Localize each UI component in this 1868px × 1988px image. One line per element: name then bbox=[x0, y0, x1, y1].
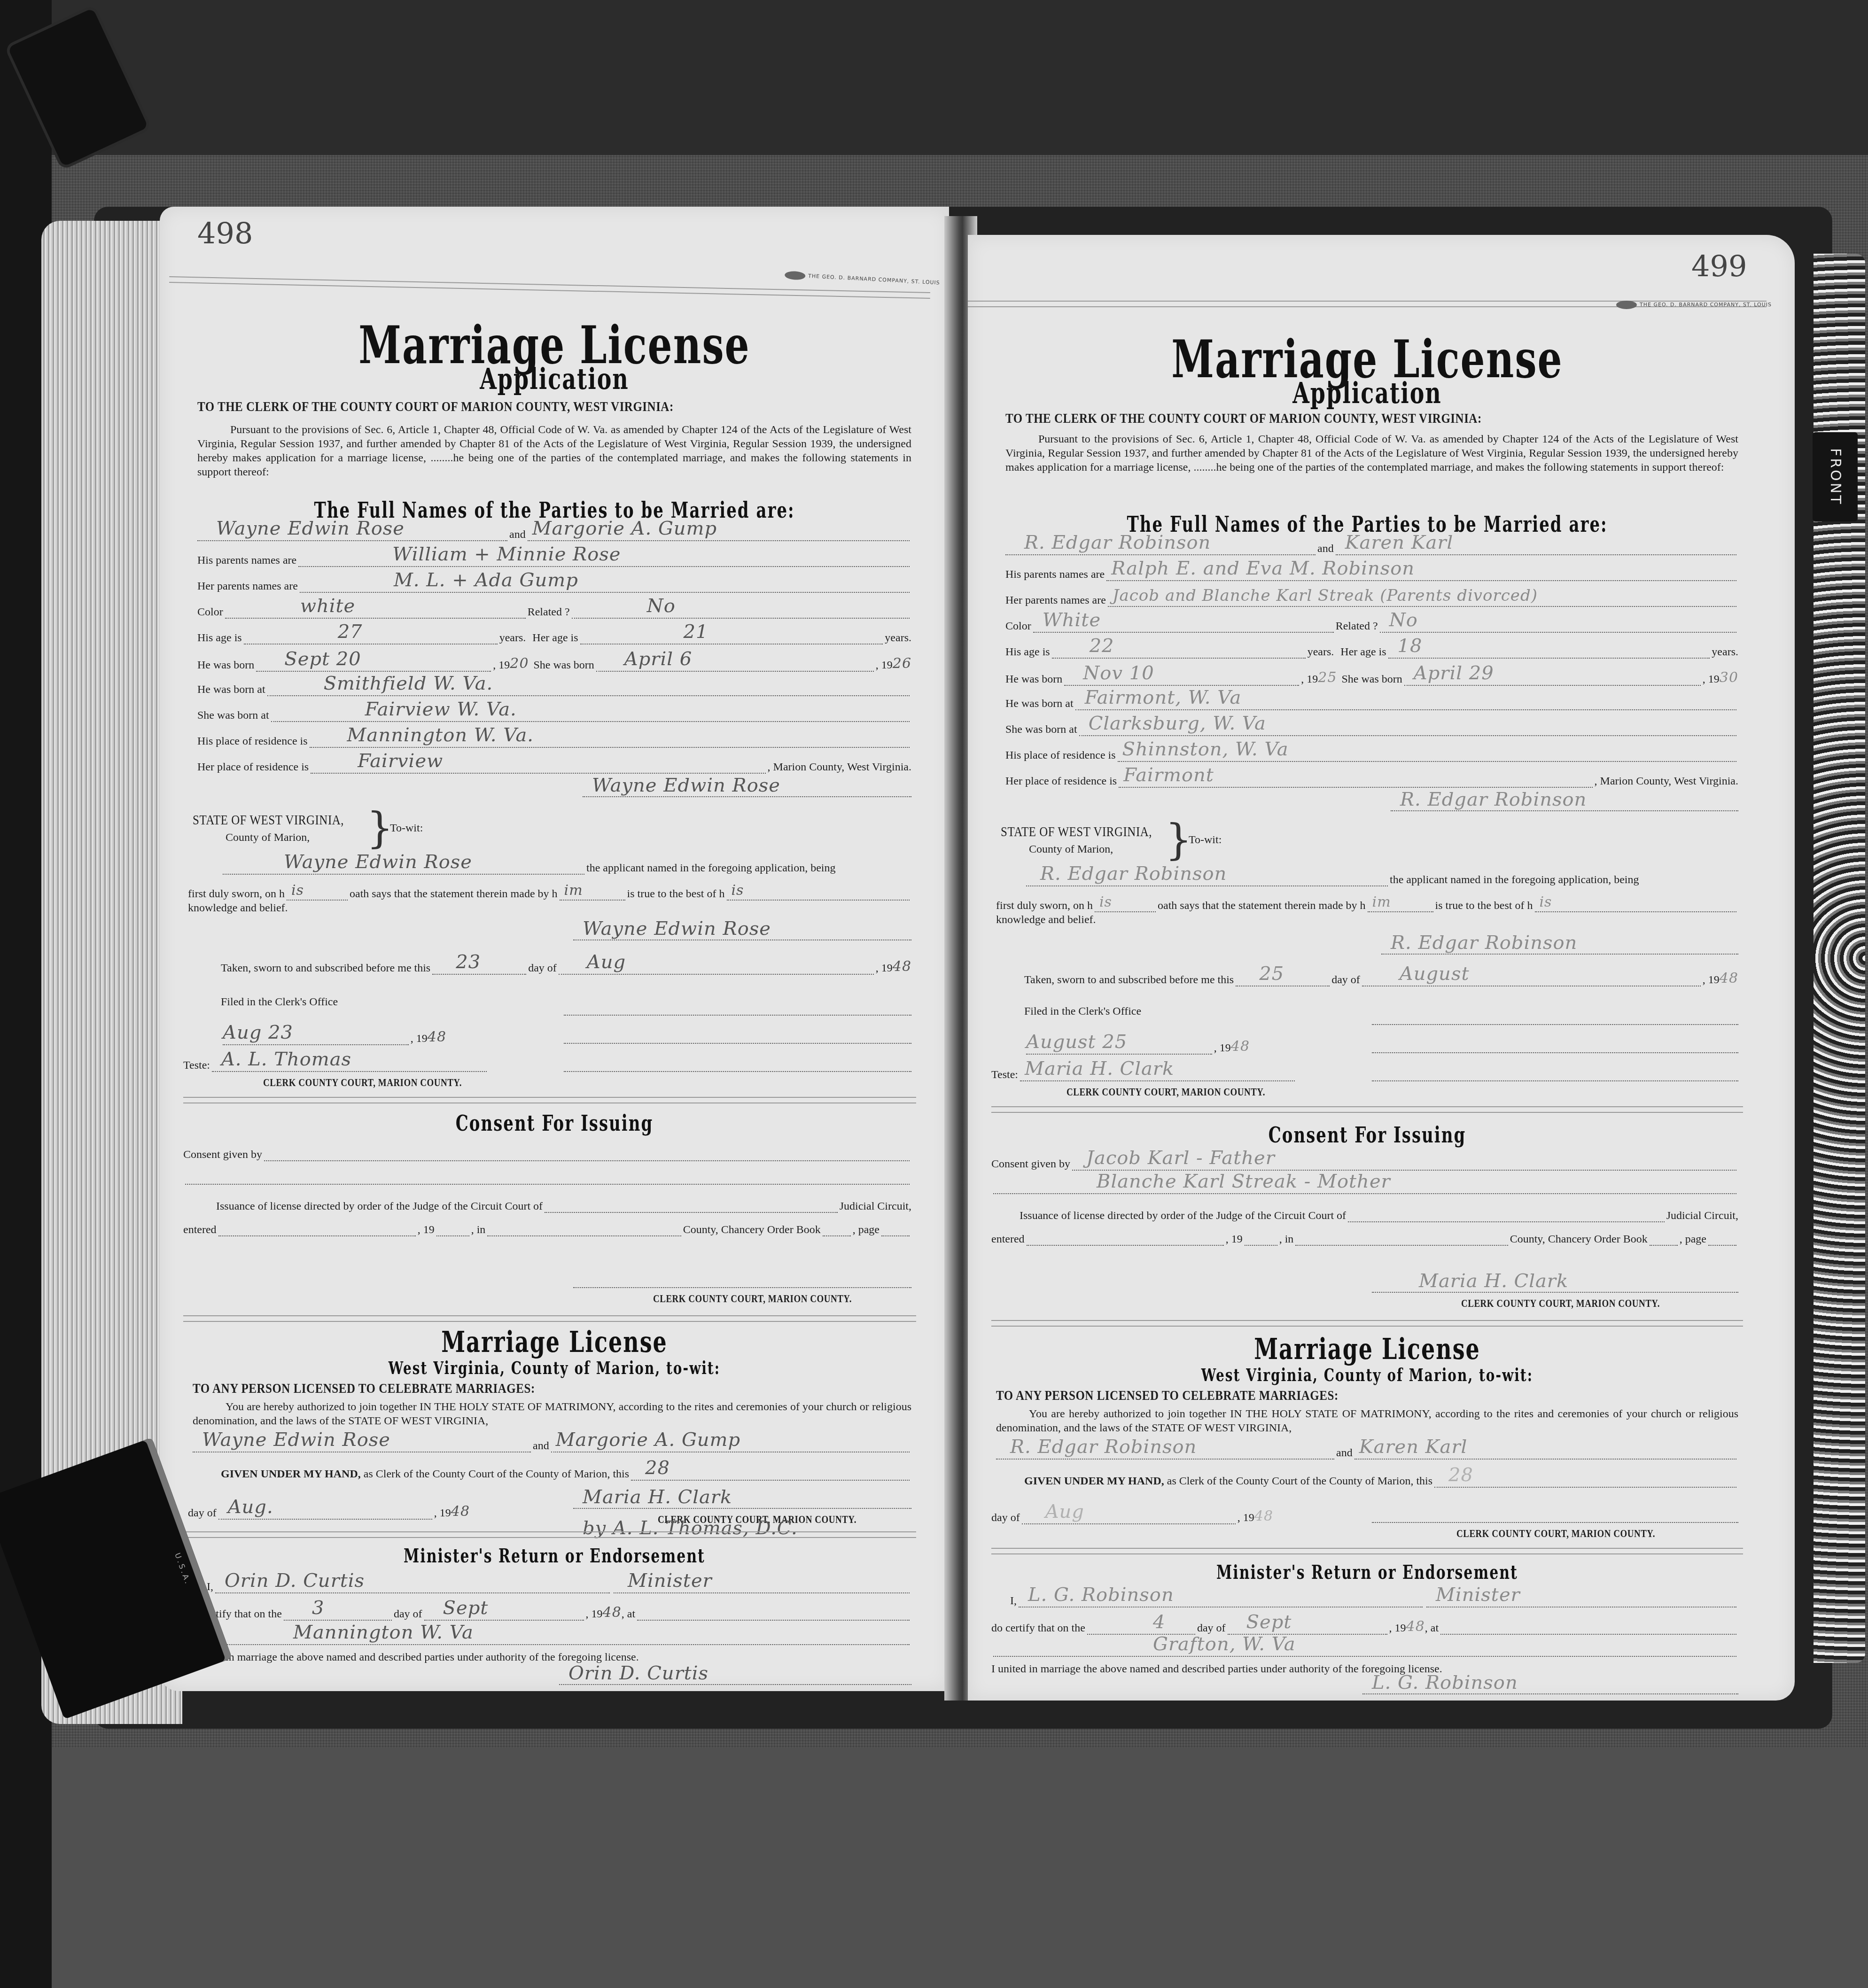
given-row: GIVEN UNDER MY HAND, as Clerk of the Cou… bbox=[221, 1466, 911, 1481]
sworn-row: first duly sworn, on h is oath says that… bbox=[188, 885, 911, 901]
divider bbox=[991, 1548, 1743, 1554]
color-row: Color white Related ? No bbox=[197, 604, 911, 619]
page-number: 498 bbox=[197, 216, 253, 250]
he-born-date-field[interactable]: Nov 10 bbox=[1064, 671, 1299, 686]
color-row: Color White Related ? No bbox=[1005, 618, 1738, 633]
stapler-label: U.S.A. bbox=[173, 1552, 193, 1586]
entered-year-field[interactable] bbox=[436, 1221, 469, 1236]
return-title: Minister's Return or Endorsement bbox=[968, 1562, 1767, 1584]
age-row: His age is 27 years. Her age is 21 years… bbox=[197, 629, 911, 645]
imprint-text: THE GEO. D. BARNARD COMPANY, ST. LOUIS bbox=[808, 273, 940, 286]
her-residence-row: Her place of residence is Fairmont , Mar… bbox=[1005, 773, 1738, 788]
she-born-date-field[interactable]: April 29 bbox=[1404, 671, 1701, 686]
given-day-field[interactable]: 28 bbox=[1434, 1473, 1736, 1488]
brace-icon: } bbox=[366, 803, 393, 853]
oath-signature-line[interactable]: R. Edgar Robinson bbox=[1381, 935, 1738, 955]
license-subtitle: West Virginia, County of Marion, to-wit: bbox=[968, 1365, 1767, 1386]
background-top bbox=[0, 0, 1868, 155]
her-parents-row: Her parents names are Jacob and Blanche … bbox=[1005, 592, 1738, 607]
her-residence-field[interactable]: Fairmont bbox=[1119, 773, 1592, 788]
she-born-at-field[interactable]: Clarksburg, W. Va bbox=[1079, 721, 1736, 736]
return-signature-line[interactable]: Orin D. Curtis bbox=[559, 1665, 911, 1685]
publisher-logo-icon bbox=[1616, 301, 1637, 309]
entered-row: entered , 19 , in County, Chancery Order… bbox=[991, 1231, 1738, 1246]
oath-applicant-row: Wayne Edwin Rose the applicant named in … bbox=[221, 860, 911, 875]
groom-name-field[interactable]: Wayne Edwin Rose bbox=[197, 526, 507, 541]
order-book-field[interactable] bbox=[1650, 1231, 1678, 1246]
entered-county-field[interactable] bbox=[1295, 1231, 1508, 1246]
return-title: Minister's Return or Endorsement bbox=[160, 1545, 949, 1568]
oath-county: County of Marion, bbox=[226, 831, 310, 844]
return-day-field[interactable]: 3 bbox=[284, 1606, 392, 1621]
her-residence-field[interactable]: Fairview bbox=[311, 759, 765, 774]
filed-label: Filed in the Clerk's Office bbox=[1024, 1005, 1141, 1018]
license-groom-field[interactable]: Wayne Edwin Rose bbox=[193, 1437, 531, 1452]
license-title: Marriage License bbox=[968, 1332, 1767, 1366]
divider bbox=[183, 1315, 916, 1322]
his-parents-field[interactable]: William + Minnie Rose bbox=[298, 552, 910, 567]
birth-date-row: He was born Nov 10 , 1925 She was born A… bbox=[1005, 669, 1738, 686]
sworn-fill-1[interactable]: is bbox=[1095, 897, 1156, 912]
consent-title: Consent For Issuing bbox=[160, 1111, 949, 1136]
issuance-row: Issuance of license directed by order of… bbox=[1020, 1207, 1738, 1222]
she-born-date-field[interactable]: April 6 bbox=[596, 657, 874, 672]
his-age-field[interactable]: 22 bbox=[1052, 644, 1306, 659]
consent-given-field-2[interactable]: Blanche Karl Streak - Mother bbox=[993, 1179, 1736, 1194]
consent-given-row-2: Blanche Karl Streak - Mother bbox=[991, 1179, 1738, 1194]
he-born-at-row: He was born at Fairmont, W. Va bbox=[1005, 695, 1738, 710]
certify-row: do certify that on the 4 day of Sept , 1… bbox=[991, 1618, 1738, 1635]
application-preamble: Pursuant to the provisions of Sec. 6, Ar… bbox=[1005, 432, 1738, 474]
application-subtitle: Application bbox=[968, 376, 1767, 410]
birth-date-row: He was born Sept 20 , 1920 She was born … bbox=[197, 655, 911, 672]
age-row: His age is 22 years. Her age is 18 years… bbox=[1005, 644, 1738, 659]
he-born-at-field[interactable]: Smithfield W. Va. bbox=[267, 681, 910, 696]
license-subtitle: West Virginia, County of Marion, to-wit: bbox=[160, 1358, 949, 1379]
taken-day-field[interactable]: 23 bbox=[432, 960, 526, 975]
minister-title-field[interactable]: Minister bbox=[1426, 1592, 1736, 1607]
he-born-at-field[interactable]: Fairmont, W. Va bbox=[1075, 695, 1736, 710]
oath-applicant-field[interactable]: Wayne Edwin Rose bbox=[223, 860, 584, 875]
his-residence-row: His place of residence is Shinnston, W. … bbox=[1005, 747, 1738, 762]
circuit-court-field[interactable] bbox=[545, 1198, 838, 1213]
minister-row: I, Orin D. Curtis Minister bbox=[207, 1578, 911, 1593]
sworn-fill-3[interactable]: is bbox=[1535, 897, 1736, 912]
color-field[interactable]: White bbox=[1033, 618, 1334, 633]
page-number: 499 bbox=[1691, 249, 1747, 283]
return-at-field[interactable] bbox=[637, 1606, 910, 1621]
taken-month-field[interactable]: Aug bbox=[559, 960, 874, 975]
bride-name-field[interactable]: Margorie A. Gump bbox=[528, 526, 910, 541]
oath-state: STATE OF WEST VIRGINIA, bbox=[1001, 824, 1152, 840]
taken-month-field[interactable]: August bbox=[1362, 971, 1701, 986]
teste-row: Teste: A. L. Thomas bbox=[183, 1057, 489, 1072]
license-addressee: TO ANY PERSON LICENSED TO CELEBRATE MARR… bbox=[193, 1381, 535, 1397]
page-field[interactable] bbox=[1708, 1231, 1736, 1246]
knowledge-text: knowledge and belief. bbox=[996, 914, 1096, 926]
application-preamble: Pursuant to the provisions of Sec. 6, Ar… bbox=[197, 423, 911, 479]
return-place-field[interactable]: Mannington W. Va bbox=[190, 1630, 910, 1645]
blank-line[interactable] bbox=[564, 1062, 911, 1072]
return-signature-line[interactable]: L. G. Robinson bbox=[1362, 1675, 1738, 1694]
entered-date-field[interactable] bbox=[1027, 1231, 1224, 1246]
license-groom-field[interactable]: R. Edgar Robinson bbox=[996, 1444, 1334, 1460]
related-field[interactable]: No bbox=[1380, 618, 1736, 633]
divider bbox=[183, 1097, 916, 1103]
taken-row: Taken, sworn to and subscribed before me… bbox=[221, 958, 911, 975]
front-tab[interactable]: FRONT bbox=[1813, 432, 1858, 521]
taken-row: Taken, sworn to and subscribed before me… bbox=[1024, 970, 1738, 986]
sworn-row: first duly sworn, on h is oath says that… bbox=[996, 897, 1738, 912]
return-place-field[interactable]: Grafton, W. Va bbox=[993, 1642, 1736, 1657]
page-field[interactable] bbox=[881, 1221, 910, 1236]
teste-signature-field[interactable]: A. L. Thomas bbox=[212, 1057, 487, 1072]
application-addressee: TO THE CLERK OF THE COUNTY COURT OF MARI… bbox=[197, 399, 674, 415]
background-bottom bbox=[0, 1747, 1868, 1988]
clerk-caption: CLERK COUNTY COURT, MARION COUNTY. bbox=[1066, 1087, 1265, 1099]
given-date-row: day of Aug. , 1948 bbox=[188, 1503, 470, 1520]
blank-line[interactable] bbox=[1372, 1015, 1738, 1025]
minister-title-field[interactable]: Minister bbox=[614, 1578, 910, 1593]
consent-given-row: Consent given by bbox=[183, 1146, 911, 1161]
filed-row: Aug 23 , 1948 bbox=[221, 1029, 446, 1045]
license-bride-field[interactable]: Margorie A. Gump bbox=[551, 1437, 910, 1452]
his-residence-row: His place of residence is Mannington W. … bbox=[197, 733, 911, 748]
filed-date-field[interactable]: August 25 bbox=[1026, 1040, 1212, 1055]
oath-applicant-field[interactable]: R. Edgar Robinson bbox=[1026, 871, 1388, 886]
entered-date-field[interactable] bbox=[218, 1221, 416, 1236]
divider bbox=[991, 1320, 1743, 1327]
license-authorization: You are hereby authorized to join togeth… bbox=[996, 1407, 1738, 1435]
publisher-logo-icon bbox=[785, 271, 806, 280]
filed-date-field[interactable]: Aug 23 bbox=[223, 1030, 409, 1045]
sworn-fill-2[interactable]: im bbox=[1368, 897, 1433, 912]
teste-signature-field[interactable]: Maria H. Clark bbox=[1020, 1066, 1295, 1081]
his-residence-field[interactable]: Shinnston, W. Va bbox=[1118, 747, 1736, 762]
entered-row: entered , 19 , in County, Chancery Order… bbox=[183, 1221, 911, 1236]
to-wit: To-wit: bbox=[390, 822, 423, 835]
consent-title: Consent For Issuing bbox=[968, 1123, 1767, 1148]
her-age-field[interactable]: 21 bbox=[580, 629, 883, 645]
place-row: Mannington W. Va bbox=[188, 1630, 911, 1645]
blank-line[interactable] bbox=[1372, 1043, 1738, 1053]
license-clerk-signature-line[interactable]: Maria H. Clark bbox=[573, 1489, 911, 1509]
return-month-field[interactable]: Sept bbox=[424, 1606, 584, 1621]
consent-given-field[interactable] bbox=[264, 1146, 910, 1161]
her-parents-row: Her parents names are M. L. + Ada Gump bbox=[197, 578, 911, 593]
oath-state: STATE OF WEST VIRGINIA, bbox=[193, 813, 344, 829]
blank-line[interactable] bbox=[564, 1033, 911, 1044]
license-addressee: TO ANY PERSON LICENSED TO CELEBRATE MARR… bbox=[996, 1388, 1339, 1404]
publisher-imprint: THE GEO. D. BARNARD COMPANY, ST. LOUIS bbox=[785, 271, 940, 287]
groom-name-field[interactable]: R. Edgar Robinson bbox=[1005, 540, 1315, 555]
license-title: Marriage License bbox=[160, 1325, 949, 1359]
minister-name-field[interactable]: L. G. Robinson bbox=[1019, 1592, 1423, 1607]
knowledge-text: knowledge and belief. bbox=[188, 902, 288, 915]
sworn-fill-1[interactable]: is bbox=[287, 885, 348, 901]
given-day-field[interactable]: 28 bbox=[631, 1466, 910, 1481]
her-residence-row: Her place of residence is Fairview , Mar… bbox=[197, 759, 911, 774]
filed-row: August 25 , 1948 bbox=[1024, 1038, 1250, 1055]
he-born-date-field[interactable]: Sept 20 bbox=[256, 657, 491, 672]
applicant-signature-line[interactable]: Wayne Edwin Rose bbox=[583, 777, 911, 797]
she-born-at-row: She was born at Fairview W. Va. bbox=[197, 707, 911, 722]
place-row: Grafton, W. Va bbox=[991, 1642, 1738, 1657]
given-date-row: day of Aug , 1948 bbox=[991, 1508, 1273, 1524]
her-parents-field[interactable]: M. L. + Ada Gump bbox=[300, 578, 910, 593]
sworn-fill-2[interactable]: im bbox=[560, 885, 625, 901]
issuance-row: Issuance of license directed by order of… bbox=[216, 1198, 911, 1213]
her-parents-field[interactable]: Jacob and Blanche Karl Streak (Parents d… bbox=[1108, 592, 1736, 607]
right-page: 499 THE GEO. D. BARNARD COMPANY, ST. LOU… bbox=[968, 235, 1795, 1701]
he-born-at-row: He was born at Smithfield W. Va. bbox=[197, 681, 911, 696]
blank-line[interactable] bbox=[564, 1005, 911, 1016]
given-month-field[interactable]: Aug. bbox=[218, 1505, 432, 1520]
his-residence-field[interactable]: Mannington W. Va. bbox=[310, 733, 910, 748]
filed-label: Filed in the Clerk's Office bbox=[221, 996, 338, 1009]
his-parents-row: His parents names are Ralph E. and Eva M… bbox=[1005, 566, 1738, 581]
to-wit: To-wit: bbox=[1189, 834, 1222, 846]
color-field[interactable]: white bbox=[225, 604, 526, 619]
brace-icon: } bbox=[1165, 815, 1192, 864]
left-page: 498 THE GEO. D. BARNARD COMPANY, ST. LOU… bbox=[160, 207, 949, 1691]
consent-given-field-2[interactable] bbox=[185, 1170, 910, 1185]
oath-county: County of Marion, bbox=[1029, 843, 1113, 856]
oath-signature-line[interactable]: Wayne Edwin Rose bbox=[573, 921, 911, 940]
consent-given-row-2 bbox=[183, 1170, 911, 1185]
imprint-text: THE GEO. D. BARNARD COMPANY, ST. LOUIS bbox=[1640, 302, 1772, 308]
clerk-caption: CLERK COUNTY COURT, MARION COUNTY. bbox=[1456, 1528, 1655, 1540]
application-subtitle: Application bbox=[160, 362, 949, 396]
clerk-caption: CLERK COUNTY COURT, MARION COUNTY. bbox=[263, 1077, 462, 1089]
united-text: I united in marriage the above named and… bbox=[188, 1651, 639, 1664]
minister-row: I, L. G. Robinson Minister bbox=[1010, 1592, 1738, 1607]
license-bride-field[interactable]: Karen Karl bbox=[1354, 1444, 1736, 1460]
she-born-at-row: She was born at Clarksburg, W. Va bbox=[1005, 721, 1738, 736]
she-born-at-field[interactable]: Fairview W. Va. bbox=[271, 707, 910, 722]
his-age-field[interactable]: 27 bbox=[244, 629, 498, 645]
taken-day-field[interactable]: 25 bbox=[1236, 971, 1330, 986]
divider bbox=[183, 1531, 916, 1538]
her-age-field[interactable]: 18 bbox=[1388, 644, 1710, 659]
bride-name-field[interactable]: Karen Karl bbox=[1336, 540, 1736, 555]
divider bbox=[991, 1106, 1743, 1113]
given-month-field[interactable]: Aug bbox=[1022, 1509, 1236, 1524]
names-row: Wayne Edwin Rose and Margorie A. Gump bbox=[197, 526, 911, 541]
sworn-fill-3[interactable]: is bbox=[727, 885, 910, 901]
consent-clerk-signature-line[interactable]: Maria H. Clark bbox=[1372, 1273, 1738, 1293]
his-parents-field[interactable]: Ralph E. and Eva M. Robinson bbox=[1106, 566, 1736, 581]
return-month-field[interactable]: Sept bbox=[1228, 1620, 1387, 1635]
applicant-signature-line[interactable]: R. Edgar Robinson bbox=[1391, 792, 1738, 811]
teste-row: Teste: Maria H. Clark bbox=[991, 1066, 1297, 1081]
given-row: GIVEN UNDER MY HAND, as Clerk of the Cou… bbox=[1024, 1473, 1738, 1488]
circuit-court-field[interactable] bbox=[1348, 1207, 1665, 1222]
license-names-row: R. Edgar Robinson and Karen Karl bbox=[996, 1444, 1738, 1460]
clerk-caption: CLERK COUNTY COURT, MARION COUNTY. bbox=[653, 1293, 852, 1305]
publisher-imprint: THE GEO. D. BARNARD COMPANY, ST. LOUIS bbox=[1616, 301, 1772, 309]
license-names-row: Wayne Edwin Rose and Margorie A. Gump bbox=[193, 1437, 911, 1452]
blank-line[interactable] bbox=[1372, 1071, 1738, 1081]
consent-given-field[interactable]: Jacob Karl - Father bbox=[1072, 1156, 1736, 1171]
application-addressee: TO THE CLERK OF THE COUNTY COURT OF MARI… bbox=[1005, 411, 1482, 427]
minister-name-field[interactable]: Orin D. Curtis bbox=[215, 1578, 610, 1593]
clerk-caption: CLERK COUNTY COURT, MARION COUNTY. bbox=[1461, 1298, 1660, 1310]
names-row: R. Edgar Robinson and Karen Karl bbox=[1005, 540, 1738, 555]
license-authorization: You are hereby authorized to join togeth… bbox=[193, 1400, 911, 1428]
entered-county-field[interactable] bbox=[487, 1221, 681, 1236]
his-parents-row: His parents names are William + Minnie R… bbox=[197, 552, 911, 567]
return-day-field[interactable]: 4 bbox=[1087, 1620, 1195, 1635]
oath-applicant-row: R. Edgar Robinson the applicant named in… bbox=[1024, 871, 1738, 886]
consent-clerk-signature-line[interactable] bbox=[573, 1268, 911, 1288]
order-book-field[interactable] bbox=[823, 1221, 851, 1236]
certify-row: do certify that on the 3 day of Sept , 1… bbox=[188, 1604, 911, 1621]
consent-given-row: Consent given by Jacob Karl - Father bbox=[991, 1156, 1738, 1171]
return-at-field[interactable] bbox=[1440, 1620, 1736, 1635]
license-clerk-signature-line[interactable] bbox=[1372, 1503, 1738, 1523]
entered-year-field[interactable] bbox=[1245, 1231, 1277, 1246]
related-field[interactable]: No bbox=[572, 604, 910, 619]
